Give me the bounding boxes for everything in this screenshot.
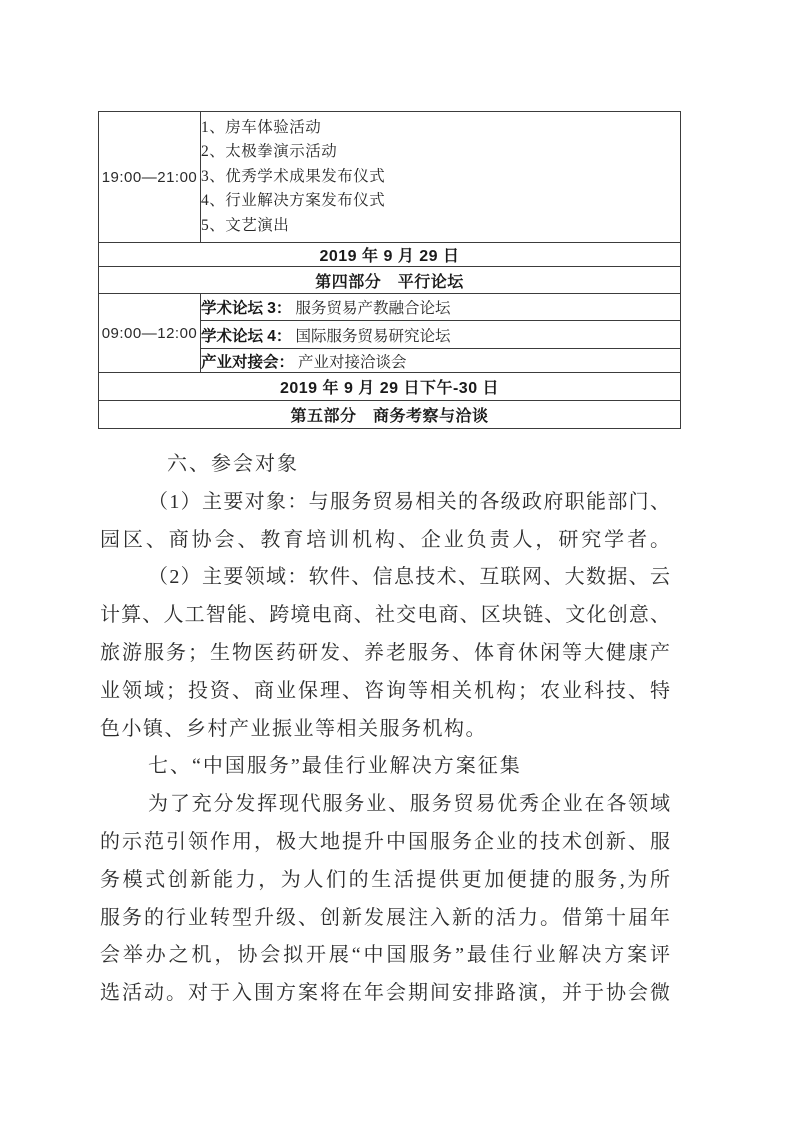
heading-participants: 六、参会对象	[100, 446, 670, 484]
document-page: 19:00—21:00 1、房车体验活动 2、太极拳演示活动 3、优秀学术成果发…	[0, 0, 794, 1123]
heading-solicitation: 七、“中国服务”最佳行业解决方案征集	[100, 748, 670, 786]
paragraph-line: 选活动。对于入围方案将在年会期间安排路演，并于协会微	[100, 975, 670, 1013]
date-cell: 2019 年 9 月 29 日下午-30 日	[99, 373, 681, 401]
paragraph-line: 为了充分发挥现代服务业、服务贸易优秀企业在各领域	[100, 786, 670, 824]
paragraph-line: 计算、人工智能、跨境电商、社交电商、区块链、文化创意、	[100, 597, 670, 635]
activity-item: 4、行业解决方案发布仪式	[201, 189, 680, 214]
paragraph-line: 业领域；投资、商业保理、咨询等相关机构；农业科技、特	[100, 673, 670, 711]
forum-label: 学术论坛 3：	[201, 300, 291, 317]
paragraph-line: 园区、商协会、教育培训机构、企业负责人，研究学者。	[100, 522, 670, 560]
forum-text: 国际服务贸易研究论坛	[295, 328, 450, 345]
table-row-date2: 2019 年 9 月 29 日下午-30 日	[99, 373, 681, 401]
table-row-forum-1: 09:00—12:00 学术论坛 3：服务贸易产教融合论坛	[99, 294, 681, 321]
evening-activities-cell: 1、房车体验活动 2、太极拳演示活动 3、优秀学术成果发布仪式 4、行业解决方案…	[201, 112, 681, 243]
schedule-table: 19:00—21:00 1、房车体验活动 2、太极拳演示活动 3、优秀学术成果发…	[98, 111, 681, 429]
table-row-date1: 2019 年 9 月 29 日	[99, 243, 681, 267]
forum-cell: 学术论坛 4：国际服务贸易研究论坛	[201, 321, 681, 349]
section-title-cell: 第四部分 平行论坛	[99, 267, 681, 294]
section-title-cell: 第五部分 商务考察与洽谈	[99, 401, 681, 429]
paragraph-line: 色小镇、乡村产业振业等相关服务机构。	[100, 711, 670, 749]
paragraph-line: 服务的行业转型升级、创新发展注入新的活力。借第十届年	[100, 900, 670, 938]
paragraph-line: 会举办之机，协会拟开展“中国服务”最佳行业解决方案评	[100, 937, 670, 975]
body-text: 六、参会对象 （1）主要对象：与服务贸易相关的各级政府职能部门、 园区、商协会、…	[100, 446, 670, 1013]
activity-item: 1、房车体验活动	[201, 116, 680, 141]
forum-label: 产业对接会：	[201, 354, 294, 371]
table-row-section5: 第五部分 商务考察与洽谈	[99, 401, 681, 429]
forum-cell: 产业对接会：产业对接洽谈会	[201, 349, 681, 373]
table-row-section4: 第四部分 平行论坛	[99, 267, 681, 294]
date-cell: 2019 年 9 月 29 日	[99, 243, 681, 267]
paragraph-line: 的示范引领作用，极大地提升中国服务企业的技术创新、服	[100, 824, 670, 862]
time-cell: 19:00—21:00	[99, 112, 201, 243]
activity-item: 5、文艺演出	[201, 214, 680, 239]
time-cell: 09:00—12:00	[99, 294, 201, 373]
paragraph-line: 旅游服务；生物医药研发、养老服务、体育休闲等大健康产	[100, 635, 670, 673]
table-row-evening: 19:00—21:00 1、房车体验活动 2、太极拳演示活动 3、优秀学术成果发…	[99, 112, 681, 243]
activity-item: 2、太极拳演示活动	[201, 140, 680, 165]
forum-label: 学术论坛 4：	[201, 328, 291, 345]
paragraph-line: （1）主要对象：与服务贸易相关的各级政府职能部门、	[100, 484, 670, 522]
forum-text: 产业对接洽谈会	[298, 354, 407, 371]
paragraph-line: 务模式创新能力，为人们的生活提供更加便捷的服务,为所	[100, 862, 670, 900]
paragraph-line: （2）主要领域：软件、信息技术、互联网、大数据、云	[100, 559, 670, 597]
forum-cell: 学术论坛 3：服务贸易产教融合论坛	[201, 294, 681, 321]
activity-item: 3、优秀学术成果发布仪式	[201, 165, 680, 190]
forum-text: 服务贸易产教融合论坛	[295, 300, 450, 317]
